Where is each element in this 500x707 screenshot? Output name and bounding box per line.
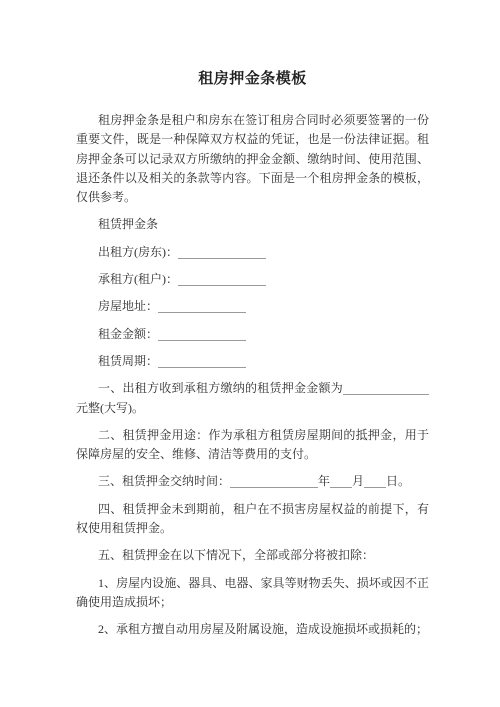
blank-fill-line <box>364 478 386 488</box>
clause-text: 月 <box>352 474 364 488</box>
field-label: 房屋地址： <box>98 299 158 313</box>
fields-list: 出租方(房东)：承租方(租户)：房屋地址：租金金额：租赁周期： <box>76 243 429 371</box>
blank-fill-line <box>178 276 266 286</box>
blank-fill-line <box>230 478 318 488</box>
blank-fill-line <box>178 249 266 259</box>
field-label: 租金金额： <box>98 327 158 341</box>
document-content: 租房押金条模板 租房押金条是租户和房东在签订租房合同时必须要签署的一份重要文件，… <box>0 0 500 640</box>
clause-text: 1、房屋内设施、器具、电器、家具等财物丢失、损坏或因不正确使用造成损坏； <box>76 576 429 609</box>
clause-paragraph: 2、承租方擅自动用房屋及附属设施，造成设施损坏或损耗的； <box>76 620 429 639</box>
clause-text: 四、租赁押金未到期前，租户在不损害房屋权益的前提下，有权使用租赁押金。 <box>76 502 429 535</box>
page-title: 租房押金条模板 <box>76 71 429 86</box>
clause-text: 年 <box>318 474 330 488</box>
clause-paragraph: 二、租赁押金用途：作为承租方租赁房屋期间的抵押金，用于保障房屋的安全、维修、清洁… <box>76 426 429 465</box>
clauses-list: 一、出租方收到承租方缴纳的租赁押金金额为元整(大写)。二、租赁押金用途：作为承租… <box>76 379 429 639</box>
blank-fill-line <box>158 358 246 368</box>
clause-paragraph: 三、租赁押金交纳时间：年月日。 <box>76 472 429 491</box>
blank-fill-line <box>158 303 246 313</box>
field-row: 出租方(房东)： <box>76 243 429 262</box>
clause-text: 日。 <box>386 474 410 488</box>
clause-paragraph: 一、出租方收到承租方缴纳的租赁押金金额为元整(大写)。 <box>76 379 429 418</box>
intro-paragraph: 租房押金条是租户和房东在签订租房合同时必须要签署的一份重要文件，既是一种保障双方… <box>76 111 429 207</box>
clause-text: 二、租赁押金用途：作为承租方租赁房屋期间的抵押金，用于保障房屋的安全、维修、清洁… <box>76 428 429 461</box>
clause-paragraph: 四、租赁押金未到期前，租户在不损害房屋权益的前提下，有权使用租赁押金。 <box>76 500 429 539</box>
field-row: 房屋地址： <box>76 297 429 316</box>
clause-text: 2、承租方擅自动用房屋及附属设施，造成设施损坏或损耗的； <box>98 622 428 636</box>
receipt-subtitle: 租赁押金条 <box>76 215 429 234</box>
clause-text: 五、租赁押金在以下情况下，全部或部分将被扣除： <box>98 548 374 562</box>
clause-paragraph: 五、租赁押金在以下情况下，全部或部分将被扣除： <box>76 546 429 565</box>
clause-paragraph: 1、房屋内设施、器具、电器、家具等财物丢失、损坏或因不正确使用造成损坏； <box>76 574 429 613</box>
clause-text: 三、租赁押金交纳时间： <box>98 474 230 488</box>
blank-fill-line <box>330 478 352 488</box>
blank-fill-line <box>158 331 246 341</box>
field-row: 租金金额： <box>76 325 429 344</box>
document-page: 租房押金条模板 租房押金条是租户和房东在签订租房合同时必须要签署的一份重要文件，… <box>0 0 500 707</box>
blank-fill-line <box>343 385 429 395</box>
field-row: 租赁周期： <box>76 352 429 371</box>
field-row: 承租方(租户)： <box>76 270 429 289</box>
clause-text: 一、出租方收到承租方缴纳的租赁押金金额为 <box>98 381 343 395</box>
field-label: 出租方(房东)： <box>98 245 178 259</box>
field-label: 承租方(租户)： <box>98 272 178 286</box>
field-label: 租赁周期： <box>98 354 158 368</box>
clause-text: 元整(大写)。 <box>76 401 144 415</box>
